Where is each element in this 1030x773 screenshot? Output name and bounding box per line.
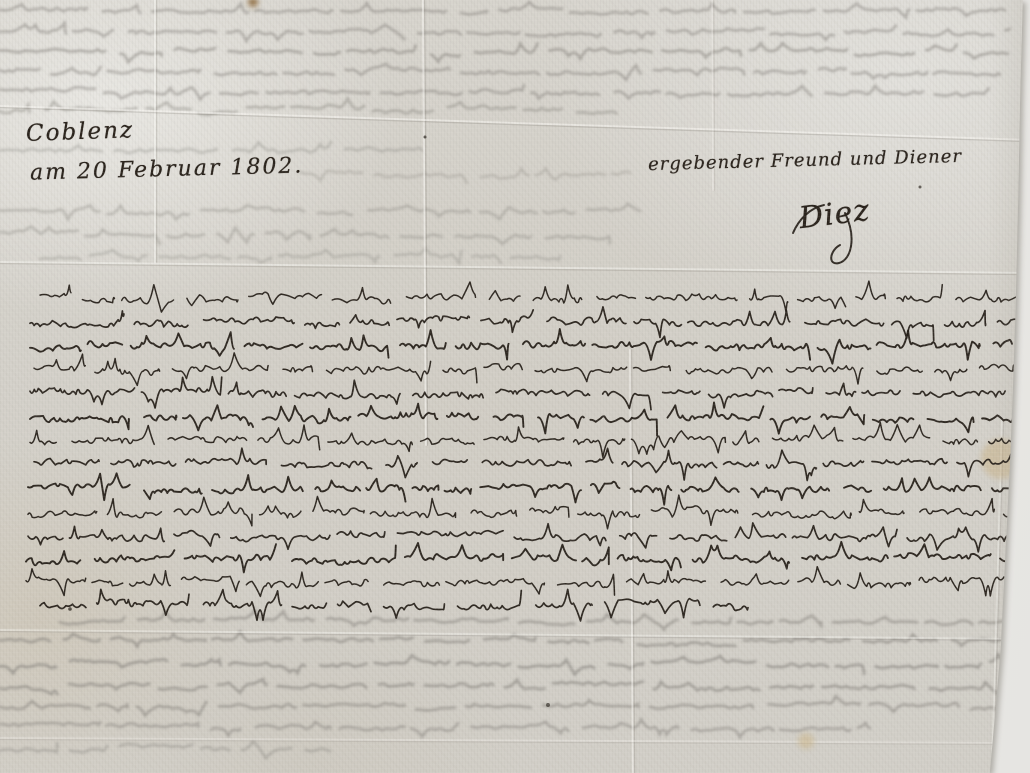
letter-paper: Coblenz am 20 Februar 1802. ergebender F… (0, 0, 1030, 773)
dateline-place: Coblenz (26, 117, 135, 147)
paper-shadow-wrap: Coblenz am 20 Februar 1802. ergebender F… (0, 0, 1030, 773)
fold-creases (0, 0, 1030, 773)
photo-of-handwritten-letter: Coblenz am 20 Februar 1802. ergebender F… (0, 0, 1030, 773)
handwriting-artwork (0, 0, 1030, 773)
letter-body-handwriting (26, 281, 1018, 621)
